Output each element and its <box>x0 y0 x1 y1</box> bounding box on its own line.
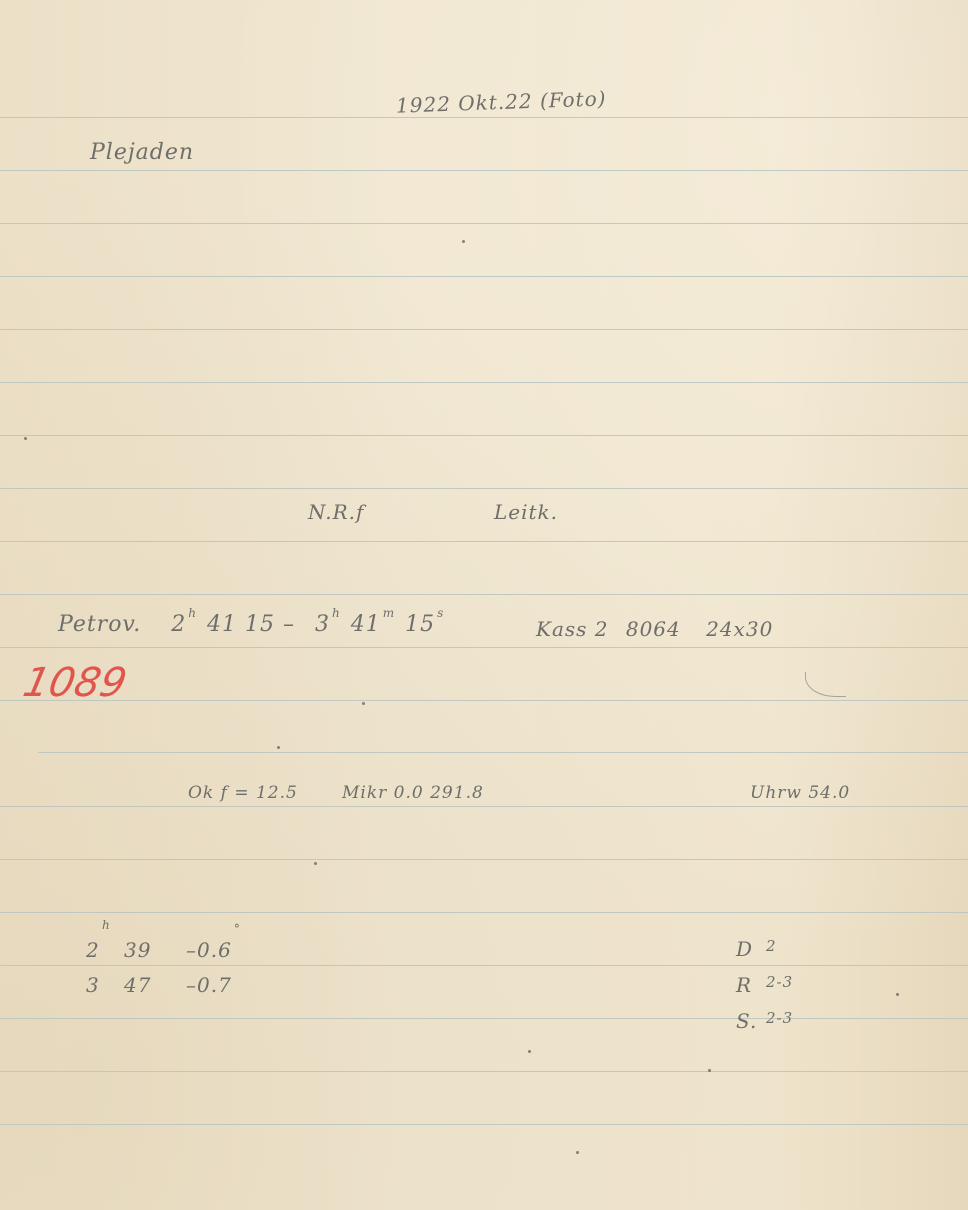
rule-line <box>0 912 968 913</box>
paper-speck <box>708 1069 711 1072</box>
paper-speck <box>462 240 465 243</box>
instrument-left: N.R.f <box>308 500 364 524</box>
rule-line <box>0 170 968 171</box>
red-plate-number: 1089 <box>19 660 131 706</box>
cassette: Kass 2 <box>536 617 608 641</box>
paper-speck <box>277 746 280 749</box>
rule-line <box>0 1018 968 1019</box>
condition-value: 2-3 <box>766 973 793 997</box>
condition-symbol: R <box>736 973 766 997</box>
rule-line <box>0 329 968 330</box>
paper-speck <box>24 437 27 440</box>
micrometer-text: Mikr 0.0 291.8 <box>342 783 484 803</box>
date-text: 1922 Okt.22 (Foto) <box>396 86 607 117</box>
reading-value-unit: ° <box>234 922 241 946</box>
reading-value: –0.7 <box>186 973 232 997</box>
paper-speck <box>528 1050 531 1053</box>
start-hour: 2 <box>171 612 186 637</box>
paper-speck <box>314 862 317 865</box>
object-name: Plejaden <box>90 140 194 165</box>
instrument-right: Leitk. <box>494 500 558 524</box>
rule-line <box>0 541 968 542</box>
reading-hour-unit <box>102 959 122 983</box>
rule-line <box>0 117 968 118</box>
condition-row: S. 2-3 <box>736 1009 793 1033</box>
reading-value: –0.6 <box>186 938 232 962</box>
start-min-sec: 41 15 <box>207 612 275 637</box>
rule-line <box>0 223 968 224</box>
rule-line <box>0 1124 968 1125</box>
rule-line <box>0 276 968 277</box>
end-second: 15 <box>405 612 435 637</box>
range-dash: – <box>283 612 295 637</box>
start-hour-unit: h <box>188 606 197 620</box>
plate-size: 24x30 <box>706 617 773 641</box>
paper-speck <box>896 993 899 996</box>
condition-row: R 2-3 <box>736 973 793 997</box>
reading-row: 3 47 –0.7 <box>86 973 232 997</box>
clock-setting: Uhrw 54.0 <box>750 783 850 803</box>
rule-line <box>0 647 968 648</box>
reading-hour: 3 <box>86 973 100 997</box>
plate-info: Kass 2 8064 24x30 <box>536 617 773 641</box>
instrument-left-text: N.R.f <box>308 500 364 524</box>
rule-line <box>0 1071 968 1072</box>
instrument-right-text: Leitk. <box>494 500 558 524</box>
plate-number: 8064 <box>626 617 681 641</box>
date-heading: 1922 Okt.22 (Foto) <box>396 86 607 117</box>
paper-speck <box>362 702 365 705</box>
notebook-page: 1922 Okt.22 (Foto) Plejaden N.R.f Leitk.… <box>0 0 968 1210</box>
end-hour-unit: h <box>332 606 341 620</box>
paper-speck <box>576 1151 579 1154</box>
condition-value: 2-3 <box>766 1009 793 1033</box>
end-second-unit: s <box>437 606 444 620</box>
reading-hour: 2 <box>86 938 100 962</box>
condition-symbol: S. <box>736 1009 766 1033</box>
rule-line <box>0 700 968 701</box>
rule-line <box>0 859 968 860</box>
ocular-text: Ok f = 12.5 <box>188 783 298 803</box>
red-plate-number-text: 1089 <box>19 660 131 706</box>
exposure-line: Petrov. 2h 41 15 – 3h 41m 15s <box>58 612 446 637</box>
condition-symbol: D <box>736 937 766 961</box>
clock-text: Uhrw 54.0 <box>750 783 850 803</box>
reading-hour-unit: h <box>102 918 122 942</box>
condition-row: D 2 <box>736 937 777 961</box>
end-minute: 41 <box>351 612 381 637</box>
observer-label: Petrov. <box>58 612 141 637</box>
rule-line <box>38 752 968 753</box>
rule-line <box>0 382 968 383</box>
rule-line <box>0 965 968 966</box>
pencil-curve-mark <box>805 672 846 697</box>
rule-line <box>0 806 968 807</box>
rule-line <box>0 594 968 595</box>
ocular-setting: Ok f = 12.5 <box>188 783 298 803</box>
object-text: Plejaden <box>90 140 194 165</box>
end-minute-unit: m <box>383 606 395 620</box>
rule-line <box>0 488 968 489</box>
rule-line <box>0 435 968 436</box>
condition-value: 2 <box>766 937 777 961</box>
reading-minute: 47 <box>124 973 186 997</box>
end-hour: 3 <box>315 612 330 637</box>
micrometer-setting: Mikr 0.0 291.8 <box>342 783 484 803</box>
reading-minute: 39 <box>124 938 186 962</box>
